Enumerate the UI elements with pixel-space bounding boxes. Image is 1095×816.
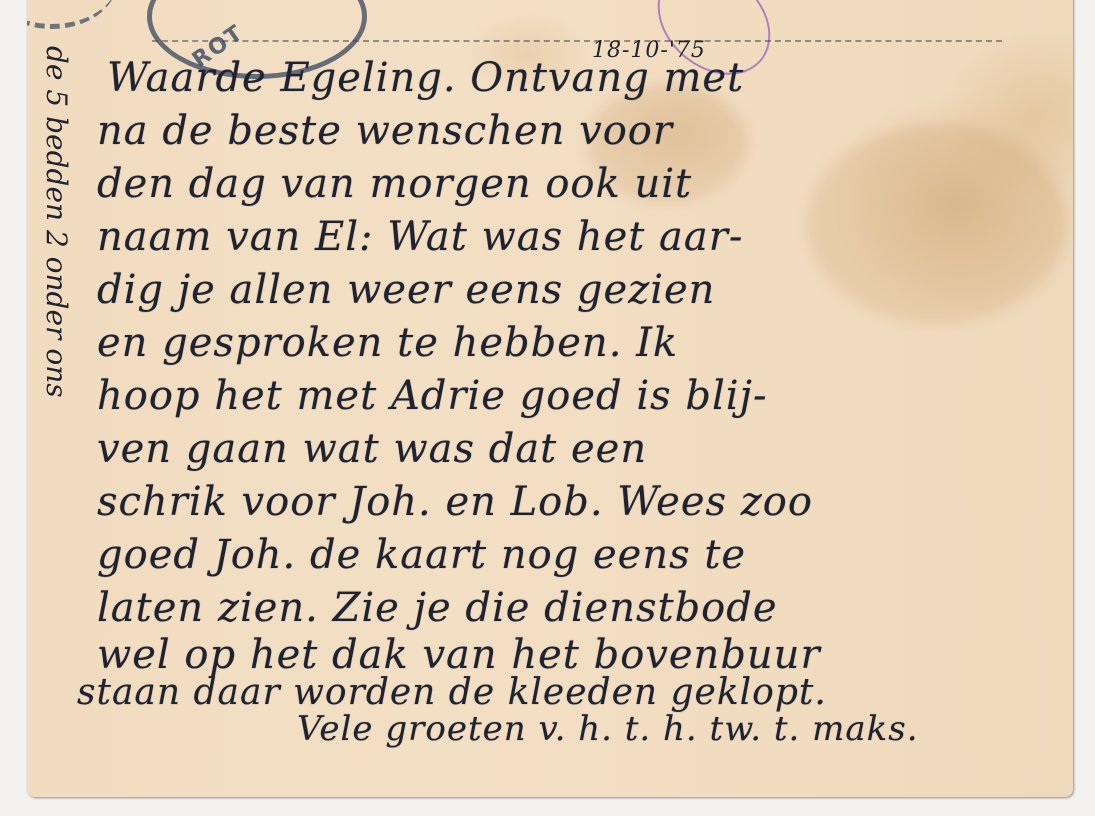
- dashed-address-rule: [152, 40, 1002, 42]
- margin-note-text: de 5 bedden 2 onder ons: [40, 46, 73, 398]
- body-line: den dag van morgen ook uit: [67, 158, 1067, 211]
- body-line: goed Joh. de kaart nog eens te: [67, 529, 1067, 582]
- scan-background: ROT 18-10-'75 Waarde Egeling. Ontvang me…: [0, 0, 1095, 816]
- margin-note: de 5 bedden 2 onder ons: [35, 46, 75, 746]
- body-line: na de beste wenschen voor: [67, 105, 1067, 158]
- body-line: wel op het dak van het bovenbuur: [67, 635, 1067, 675]
- postcard: ROT 18-10-'75 Waarde Egeling. Ontvang me…: [27, 0, 1073, 797]
- body-line: Waarde Egeling. Ontvang met: [67, 52, 1067, 105]
- body-line: hoop het met Adrie goed is blij-: [67, 370, 1067, 423]
- body-line: staan daar worden de kleeden geklopt.: [67, 675, 1067, 711]
- postmark-outer-ring: [27, 0, 117, 29]
- signature-line: Vele groeten v. h. t. h. tw. t. maks.: [67, 711, 1067, 747]
- body-line: schrik voor Joh. en Lob. Wees zoo: [67, 476, 1067, 529]
- body-line: dig je allen weer eens gezien: [67, 264, 1067, 317]
- letter-body: Waarde Egeling. Ontvang met na de beste …: [67, 52, 1067, 747]
- body-line: naam van El: Wat was het aar-: [67, 211, 1067, 264]
- body-line: laten zien. Zie je die dienstbode: [67, 582, 1067, 635]
- body-line: en gesproken te hebben. Ik: [67, 317, 1067, 370]
- body-line: ven gaan wat was dat een: [67, 423, 1067, 476]
